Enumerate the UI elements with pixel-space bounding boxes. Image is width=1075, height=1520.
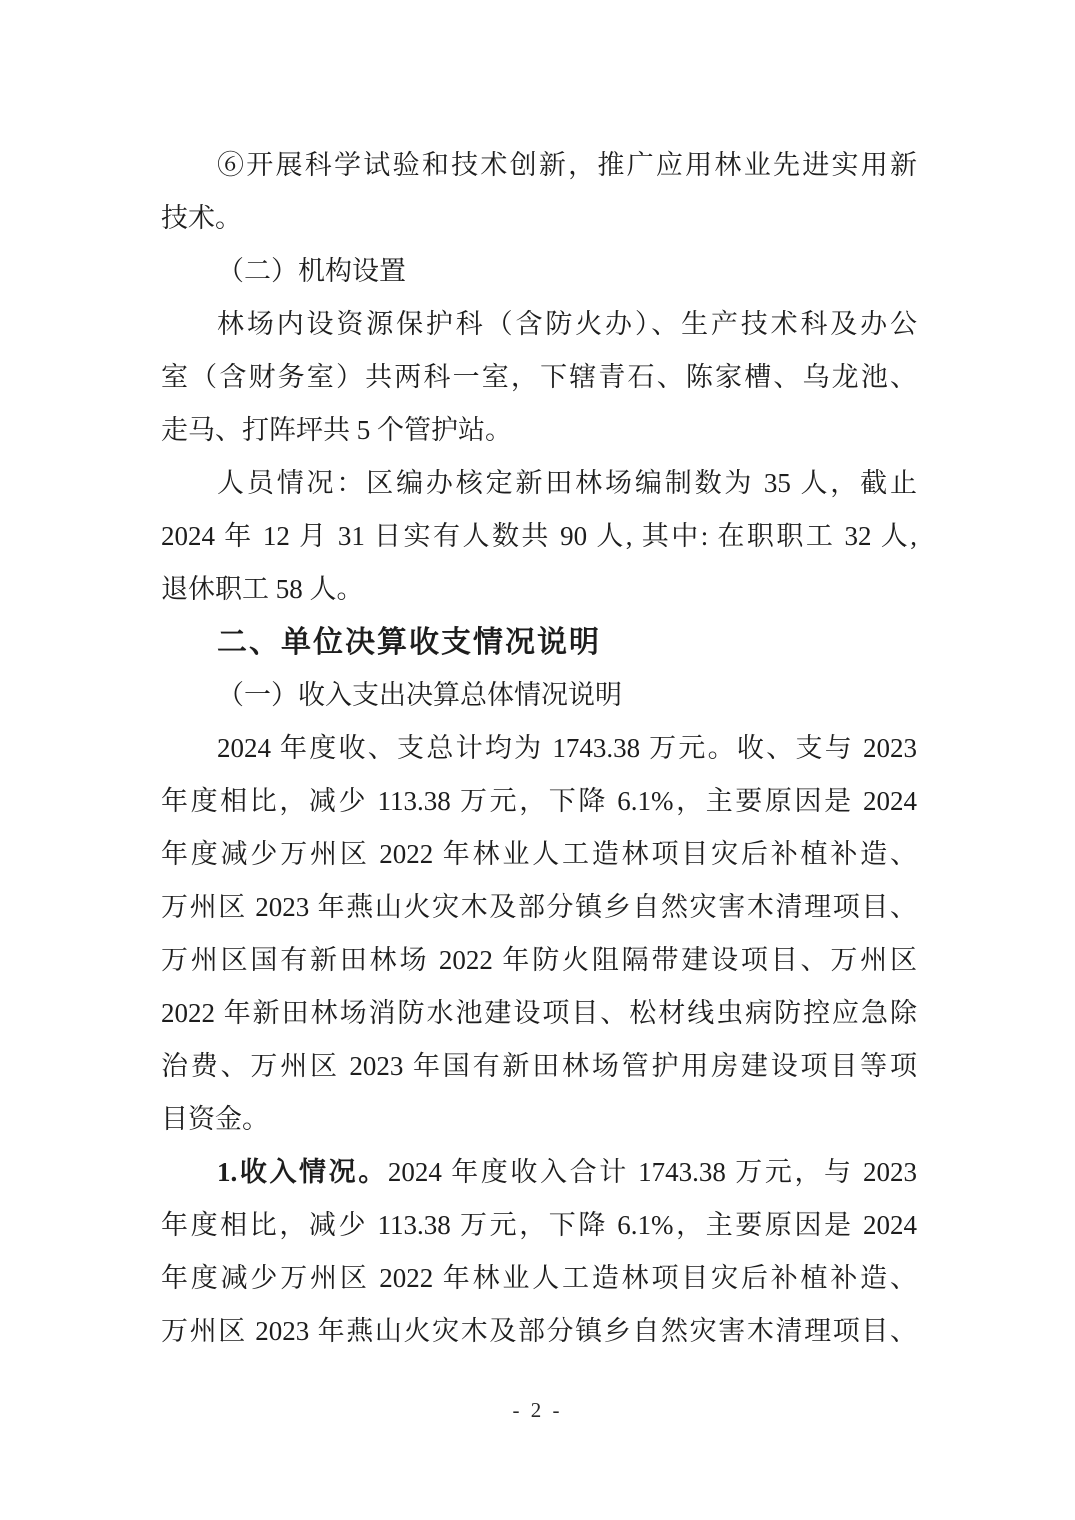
text-line: ⑥开展科学试验和技术创新，推广应用林业先进实用新 xyxy=(161,139,917,192)
document-content: ⑥开展科学试验和技术创新，推广应用林业先进实用新 技术。 （二）机构设置 林场内… xyxy=(161,139,917,1358)
text-line: 2022 年新田林场消防水池建设项目、松材线虫病防控应急除 xyxy=(161,987,917,1040)
section-heading-2: （二）机构设置 xyxy=(161,245,917,298)
text-line: 治费、万州区 2023 年国有新田林场管护用房建设项目等项 xyxy=(161,1040,917,1093)
text-line: 万州区国有新田林场 2022 年防火阻隔带建设项目、万州区 xyxy=(161,934,917,987)
text-line: 室（含财务室）共两科一室，下辖青石、陈家槽、乌龙池、 xyxy=(161,351,917,404)
text-line-with-bold-lead: 1.收入情况。2024 年度收入合计 1743.38 万元，与 2023 xyxy=(161,1146,917,1199)
text-line: 2024 年 12 月 31 日实有人数共 90 人, 其中: 在职职工 32 … xyxy=(161,510,917,563)
text-line: 人员情况：区编办核定新田林场编制数为 35 人，截止 xyxy=(161,457,917,510)
section-heading-1: （一）收入支出决算总体情况说明 xyxy=(161,669,917,722)
text-line: 万州区 2023 年燕山火灾木及部分镇乡自然灾害木清理项目、 xyxy=(161,1305,917,1358)
inline-text: 2024 年度收入合计 1743.38 万元，与 2023 xyxy=(388,1157,917,1187)
text-line: 年度减少万州区 2022 年林业人工造林项目灾后补植补造、 xyxy=(161,828,917,881)
text-line: 2024 年度收、支总计均为 1743.38 万元。收、支与 2023 xyxy=(161,722,917,775)
text-line: 走马、打阵坪共 5 个管护站。 xyxy=(161,404,917,457)
document-page: ⑥开展科学试验和技术创新，推广应用林业先进实用新 技术。 （二）机构设置 林场内… xyxy=(0,0,1075,1520)
text-line: 林场内设资源保护科（含防火办）、生产技术科及办公 xyxy=(161,298,917,351)
page-number: - 2 - xyxy=(0,1398,1075,1423)
inline-bold-label: 1.收入情况。 xyxy=(217,1157,388,1187)
chapter-heading: 二、单位决算收支情况说明 xyxy=(161,616,917,669)
text-line: 年度相比，减少 113.38 万元，下降 6.1%，主要原因是 2024 xyxy=(161,775,917,828)
text-line: 万州区 2023 年燕山火灾木及部分镇乡自然灾害木清理项目、 xyxy=(161,881,917,934)
text-line: 目资金。 xyxy=(161,1093,917,1146)
text-line: 技术。 xyxy=(161,192,917,245)
text-line: 退休职工 58 人。 xyxy=(161,563,917,616)
text-line: 年度相比，减少 113.38 万元，下降 6.1%，主要原因是 2024 xyxy=(161,1199,917,1252)
text-line: 年度减少万州区 2022 年林业人工造林项目灾后补植补造、 xyxy=(161,1252,917,1305)
